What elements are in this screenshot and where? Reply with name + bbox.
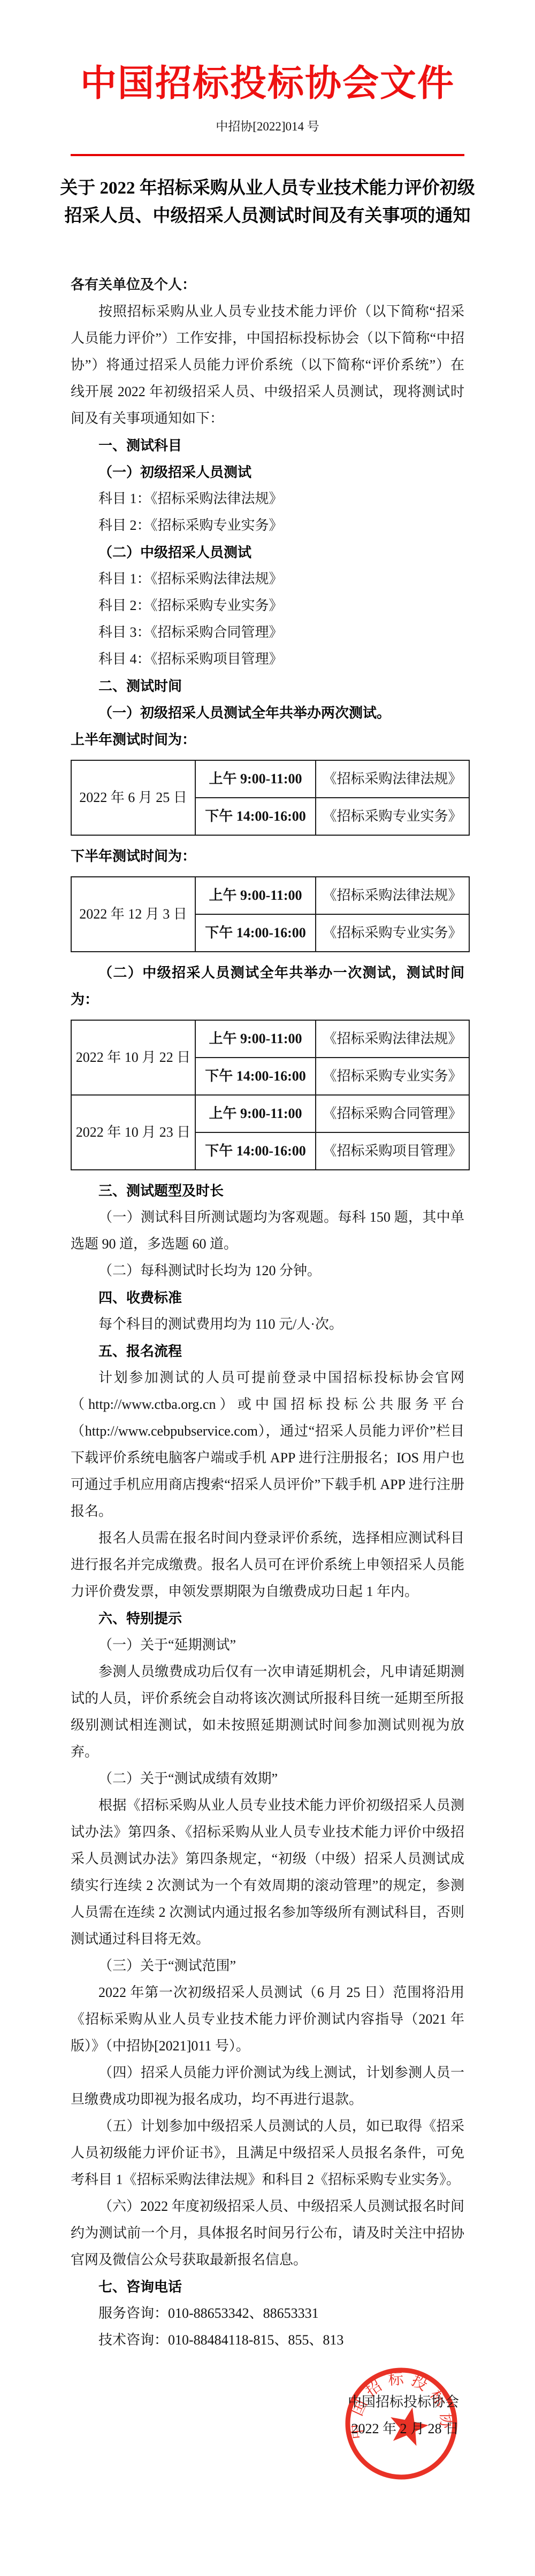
section-6-heading: 六、特别提示 xyxy=(71,1605,464,1632)
table-row: 2022 年 6 月 25 日 上午 9:00-11:00 《招标采购法律法规》 xyxy=(71,760,469,798)
section-6-item-1-body: 参测人员缴费成功后仅有一次申请延期机会，凡申请延期测试的人员，评价系统会自动将该… xyxy=(71,1659,464,1765)
section-5-paragraph-1: 计划参加测试的人员可提前登录中国招标投标协会官网（http://www.ctba… xyxy=(71,1364,464,1525)
subject-cell: 《招标采购法律法规》 xyxy=(316,1020,469,1058)
doc-number: 中招协[2022]014 号 xyxy=(0,119,535,135)
intermediate-subject-2: 科目 2：《招标采购专业实务》 xyxy=(71,592,464,619)
section-6-item-3-body: 2022 年第一次初级招采人员测试（6 月 25 日）范围将沿用《招标采购从业人… xyxy=(71,1979,464,2060)
section-3-heading: 三、测试题型及时长 xyxy=(71,1177,464,1204)
junior-subject-1: 科目 1：《招标采购法律法规》 xyxy=(71,485,464,512)
table-row: 2022 年 10 月 23 日 上午 9:00-11:00 《招标采购合同管理… xyxy=(71,1095,469,1132)
section-6-item-4: （四）招采人员能力评价测试为线上测试，计划参测人员一旦缴费成功即视为报名成功，均… xyxy=(71,2060,464,2113)
date-cell: 2022 年 12 月 3 日 xyxy=(71,877,195,952)
time-cell: 下午 14:00-16:00 xyxy=(195,1058,316,1095)
section-5-heading: 五、报名流程 xyxy=(71,1338,464,1364)
first-half-label: 上半年测试时间为： xyxy=(71,726,464,753)
section-5-paragraph-2: 报名人员需在报名时间内登录评价系统，选择相应测试科目进行报名并完成缴费。报名人员… xyxy=(71,1525,464,1605)
section-1-sub-1: （一）初级招采人员测试 xyxy=(71,459,464,485)
table-row: 2022 年 10 月 22 日 上午 9:00-11:00 《招标采购法律法规… xyxy=(71,1020,469,1058)
signature-block: 中国招标投标协会 2022 年 2 月 28 日 xyxy=(348,2389,459,2442)
junior-subject-2: 科目 2：《招标采购专业实务》 xyxy=(71,512,464,539)
section-4-heading: 四、收费标准 xyxy=(71,1284,464,1311)
second-half-label: 下半年测试时间为： xyxy=(71,843,464,869)
intermediate-subject-1: 科目 1：《招标采购法律法规》 xyxy=(71,566,464,592)
schedule-table-intermediate: 2022 年 10 月 22 日 上午 9:00-11:00 《招标采购法律法规… xyxy=(71,1020,470,1170)
intro-paragraph: 按照招标采购从业人员专业技术能力评价（以下简称“招采人员能力评价”）工作安排，中… xyxy=(71,298,464,432)
table-row: 2022 年 12 月 3 日 上午 9:00-11:00 《招标采购法律法规》 xyxy=(71,877,469,914)
intermediate-subject-3: 科目 3：《招标采购合同管理》 xyxy=(71,619,464,646)
tech-phone-line: 技术咨询：010-88484118-815、855、813 xyxy=(71,2327,464,2354)
time-cell: 上午 9:00-11:00 xyxy=(195,1095,316,1132)
section-4-body: 每个科目的测试费用均为 110 元/人·次。 xyxy=(71,1311,464,1338)
section-6-item-6: （六）2022 年度初级招采人员、中级招采人员测试报名时间约为测试前一个月，具体… xyxy=(71,2193,464,2273)
signature-date: 2022 年 2 月 28 日 xyxy=(348,2416,459,2442)
document-page: 中国招标投标协会文件 中招协[2022]014 号 关于 2022 年招标采购从… xyxy=(0,0,535,2576)
section-3-item-1: （一）测试科目所测试题均为客观题。每科 150 题，其中单选题 90 道，多选题… xyxy=(71,1204,464,1258)
time-cell: 下午 14:00-16:00 xyxy=(195,1132,316,1170)
document-title: 关于 2022 年招标采购从业人员专业技术能力评价初级 招采人员、中级招采人员测… xyxy=(0,174,535,230)
section-6-item-1-title: （一）关于“延期测试” xyxy=(71,1632,464,1659)
intermediate-subject-4: 科目 4：《招标采购项目管理》 xyxy=(71,646,464,673)
time-cell: 下午 14:00-16:00 xyxy=(195,914,316,952)
section-1-sub-2: （二）中级招采人员测试 xyxy=(71,539,464,566)
subject-cell: 《招标采购项目管理》 xyxy=(316,1132,469,1170)
section-1-heading: 一、测试科目 xyxy=(71,432,464,459)
salutation: 各有关单位及个人： xyxy=(71,272,464,298)
section-6-item-3-title: （三）关于“测试范围” xyxy=(71,1953,464,1979)
section-6-item-2-body: 根据《招标采购从业人员专业技术能力评价初级招采人员测试办法》第四条、《招标采购从… xyxy=(71,1792,464,1953)
document-title-line-2: 招采人员、中级招采人员测试时间及有关事项的通知 xyxy=(0,202,535,230)
section-2-item-2: （二）中级招采人员测试全年共举办一次测试，测试时间为： xyxy=(71,959,464,1013)
section-2-item-1: （一）初级招采人员测试全年共举办两次测试。 xyxy=(71,699,464,726)
org-header-title: 中国招标投标协会文件 xyxy=(0,0,535,104)
time-cell: 上午 9:00-11:00 xyxy=(195,877,316,914)
service-phone-line: 服务咨询：010-88653342、88653331 xyxy=(71,2300,464,2327)
schedule-table-first-half: 2022 年 6 月 25 日 上午 9:00-11:00 《招标采购法律法规》… xyxy=(71,760,470,836)
date-cell: 2022 年 10 月 22 日 xyxy=(71,1020,195,1095)
document-body: 各有关单位及个人： 按照招标采购从业人员专业技术能力评价（以下简称“招采人员能力… xyxy=(71,272,464,2354)
subject-cell: 《招标采购专业实务》 xyxy=(316,1058,469,1095)
red-separator-line xyxy=(71,154,464,156)
date-cell: 2022 年 6 月 25 日 xyxy=(71,760,195,835)
section-6-item-5: （五）计划参加中级招采人员测试的人员，如已取得《招采人员初级能力评价证书》，且满… xyxy=(71,2113,464,2193)
section-7-heading: 七、咨询电话 xyxy=(71,2273,464,2300)
section-6-item-2-title: （二）关于“测试成绩有效期” xyxy=(71,1765,464,1792)
subject-cell: 《招标采购专业实务》 xyxy=(316,914,469,952)
schedule-table-second-half: 2022 年 12 月 3 日 上午 9:00-11:00 《招标采购法律法规》… xyxy=(71,876,470,952)
subject-cell: 《招标采购法律法规》 xyxy=(316,760,469,798)
section-2-heading: 二、测试时间 xyxy=(71,673,464,699)
section-3-item-2: （二）每科测试时长均为 120 分钟。 xyxy=(71,1258,464,1284)
signature-org: 中国招标投标协会 xyxy=(348,2389,459,2416)
time-cell: 上午 9:00-11:00 xyxy=(195,1020,316,1058)
date-cell: 2022 年 10 月 23 日 xyxy=(71,1095,195,1170)
subject-cell: 《招标采购专业实务》 xyxy=(316,798,469,835)
subject-cell: 《招标采购法律法规》 xyxy=(316,877,469,914)
subject-cell: 《招标采购合同管理》 xyxy=(316,1095,469,1132)
document-title-line-1: 关于 2022 年招标采购从业人员专业技术能力评价初级 xyxy=(0,174,535,202)
time-cell: 上午 9:00-11:00 xyxy=(195,760,316,798)
time-cell: 下午 14:00-16:00 xyxy=(195,798,316,835)
